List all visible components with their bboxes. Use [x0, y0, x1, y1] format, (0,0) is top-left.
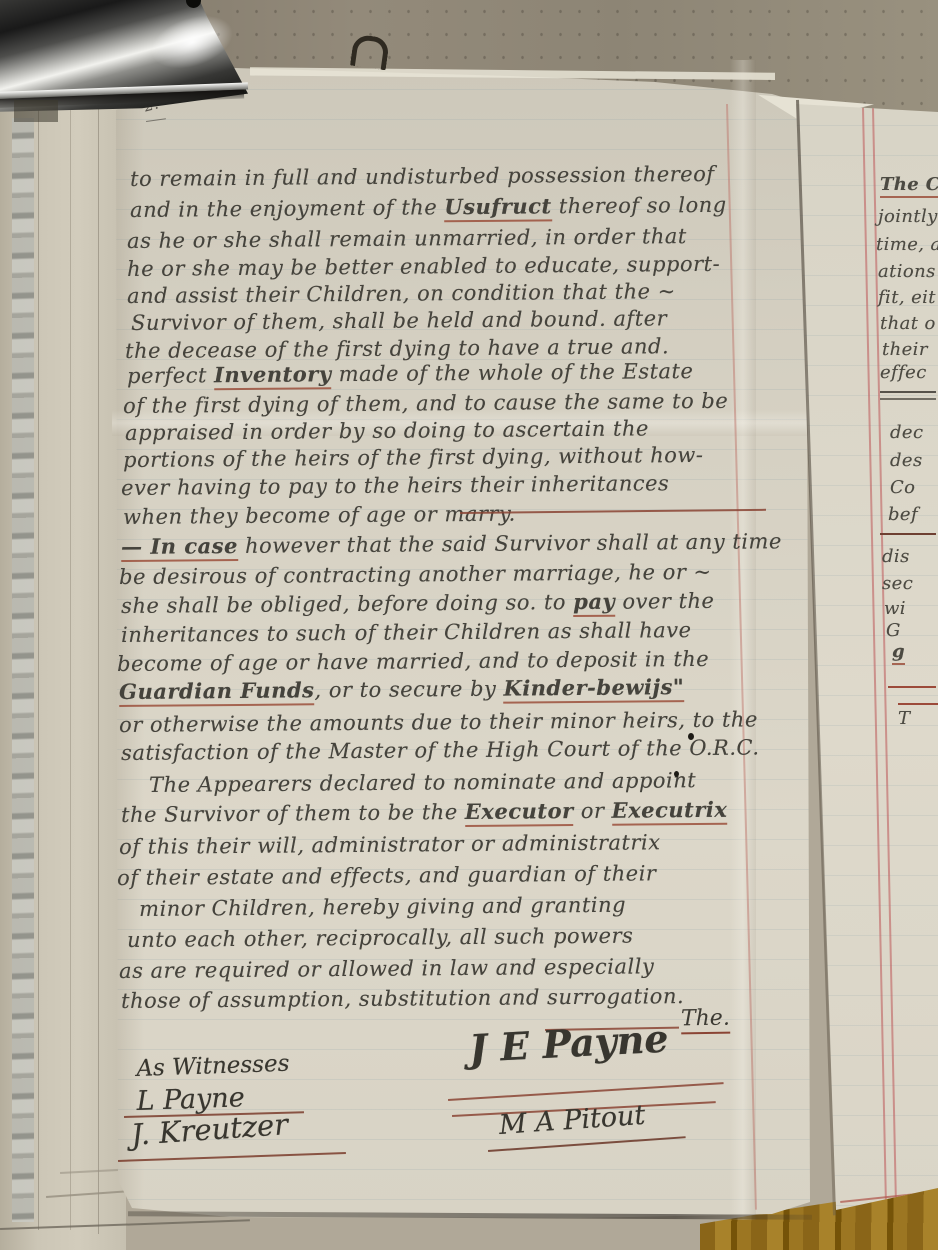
emphasized-word: g	[892, 641, 905, 665]
emphasized-word: Executrix	[612, 797, 728, 826]
manuscript-word: ever having to pay to the heirs their in…	[121, 471, 669, 500]
manuscript-word: ations	[878, 261, 936, 282]
manuscript-word: that o	[880, 313, 936, 334]
manuscript-word: or	[573, 799, 611, 823]
facing-page-rule	[880, 398, 936, 400]
closing-catchword: The.	[681, 1006, 730, 1035]
facing-page-fragment-2: jointly	[878, 206, 938, 227]
witness-heading: As Witnesses	[136, 1051, 290, 1082]
manuscript-word: Co	[890, 477, 915, 498]
manuscript-word: those of assumption, substitution and su…	[121, 984, 684, 1013]
manuscript-word: G	[886, 620, 901, 641]
manuscript-line-11: portions of the heirs of the first dying…	[123, 442, 704, 473]
manuscript-word: or otherwise the amounts due to their mi…	[119, 707, 758, 737]
manuscript-word: of this their will, administrator or adm…	[119, 830, 661, 859]
manuscript-line-6: Survivor of them, shall be held and boun…	[131, 305, 667, 336]
manuscript-line-10: appraised in order by so doing to ascert…	[125, 415, 649, 446]
facing-page-fragment-16: G	[886, 620, 901, 641]
facing-page-fragment-4: ations	[878, 261, 936, 282]
facing-page-red-rule	[888, 686, 936, 688]
manuscript-word: des	[890, 450, 923, 471]
ink-blot	[674, 771, 679, 777]
manuscript-word: appraised in order by so doing to ascert…	[125, 416, 649, 445]
manuscript-line-2: and in the enjoyment of the Usufruct the…	[130, 192, 727, 223]
facing-page-red-overline	[898, 703, 938, 705]
facing-page-fragment-5: fit, eit	[878, 287, 936, 308]
manuscript-word: bef	[888, 504, 918, 525]
manuscript-line-25: of their estate and effects, and guardia…	[117, 860, 657, 891]
manuscript-line-19: Guardian Funds, or to secure by Kinder-b…	[119, 674, 684, 705]
manuscript-line-13: when they become of age or marry.	[123, 501, 516, 530]
manuscript-word: portions of the heirs of the first dying…	[123, 443, 703, 472]
facing-page-fragment-11: Co	[890, 477, 915, 498]
facing-page-fragment-8: effec	[880, 362, 927, 383]
manuscript-line-1: to remain in full and undisturbed posses…	[130, 161, 715, 192]
manuscript-word: she shall be obliged, before doing so. t…	[121, 590, 573, 618]
facing-page-fragment-18: T	[898, 708, 910, 729]
emphasized-word: Inventory	[214, 361, 332, 390]
manuscript-word: be desirous of contracting another marri…	[119, 560, 712, 589]
manuscript-line-22: The Appearers declared to nominate and a…	[149, 767, 696, 798]
manuscript-word: fit, eit	[878, 287, 936, 308]
emphasized-word: Kinder-bewijs"	[503, 674, 684, 704]
facing-page-fragment-1: The C	[880, 174, 938, 195]
emphasized-word: — In case	[121, 533, 238, 562]
facing-page-fragment-3: time, a	[876, 234, 938, 255]
manuscript-word: become of age or have married, and to de…	[117, 647, 709, 676]
facing-page-fragment-7: their	[882, 339, 928, 360]
manuscript-word: as he or she shall remain unmarried, in …	[127, 224, 687, 253]
manuscript-line-4: he or she may be better enabled to educa…	[127, 251, 720, 282]
manuscript-line-12: ever having to pay to the heirs their in…	[121, 470, 669, 501]
manuscript-line-24: of this their will, administrator or adm…	[119, 829, 661, 860]
manuscript-word: he or she may be better enabled to educa…	[127, 252, 720, 281]
facing-page-fragment-14: sec	[882, 573, 913, 594]
manuscript-word: wi	[884, 598, 906, 619]
facing-page-fragment-15: wi	[884, 598, 906, 619]
manuscript-line-20: or otherwise the amounts due to their mi…	[119, 706, 758, 738]
manuscript-word: time, a	[876, 234, 938, 255]
emphasized-word: Executor	[465, 798, 574, 827]
emphasized-word: Guardian Funds	[119, 677, 315, 707]
manuscript-line-27: unto each other, reciprocally, all such …	[127, 923, 633, 953]
photographed-will-manuscript: 2. to remain in full and undisturbed pos…	[0, 0, 938, 1250]
manuscript-word: minor Children, hereby giving and granti…	[139, 893, 626, 921]
manuscript-word: their	[882, 339, 928, 360]
facing-page-rule	[880, 533, 936, 535]
ink-blot	[688, 733, 694, 740]
manuscript-word: however that the said Survivor shall at …	[238, 529, 782, 558]
manuscript-line-21: satisfaction of the Master of the High C…	[121, 734, 760, 766]
manuscript-line-15: be desirous of contracting another marri…	[119, 559, 712, 590]
emphasized-word: Usufruct	[444, 193, 552, 222]
emphasized-word: The C	[880, 174, 938, 198]
manuscript-word: sec	[882, 573, 913, 594]
manuscript-line-18: become of age or have married, and to de…	[117, 646, 709, 677]
manuscript-word: dis	[882, 546, 910, 567]
manuscript-word: the Survivor of them to be the	[121, 800, 465, 827]
manuscript-word: of the first dying of them, and to cause…	[123, 389, 728, 418]
manuscript-word: , or to secure by	[314, 677, 503, 703]
manuscript-word: unto each other, reciprocally, all such …	[127, 924, 633, 952]
facing-page-fragment-9: dec	[890, 422, 923, 443]
manuscript-line-29: those of assumption, substitution and su…	[121, 983, 684, 1014]
manuscript-line-28: as are required or allowed in law and es…	[119, 953, 654, 984]
manuscript-line-23: the Survivor of them to be the Executor …	[121, 797, 727, 828]
facing-page-fragment-10: des	[890, 450, 923, 471]
manuscript-word: T	[898, 708, 910, 729]
facing-page-fragment-13: dis	[882, 546, 910, 567]
manuscript-word: dec	[890, 422, 923, 443]
facing-page-fragment-12: bef	[888, 504, 918, 525]
manuscript-word: perfect	[127, 363, 214, 388]
manuscript-word: satisfaction of the Master of the High C…	[121, 735, 760, 765]
manuscript-line-9: of the first dying of them, and to cause…	[123, 388, 728, 419]
facing-page-fragment-6: that o	[880, 313, 936, 334]
manuscript-word: over the	[615, 589, 714, 614]
manuscript-line-5: and assist their Children, on condition …	[127, 278, 676, 309]
manuscript-line-8: perfect Inventory made of the whole of t…	[127, 358, 693, 389]
manuscript-line-17: inheritances to such of their Children a…	[121, 617, 692, 648]
manuscript-word: inheritances to such of their Children a…	[121, 618, 692, 647]
facing-page-fragment-17: g	[892, 641, 905, 662]
emphasized-word: pay	[573, 589, 615, 617]
manuscript-word: when they become of age or marry.	[123, 502, 516, 529]
manuscript-word: as are required or allowed in law and es…	[119, 954, 654, 983]
facing-page-rule	[880, 391, 936, 393]
manuscript-word: of their estate and effects, and guardia…	[117, 861, 657, 890]
manuscript-word: effec	[880, 362, 927, 383]
manuscript-word: and assist their Children, on condition …	[127, 279, 676, 308]
manuscript-word: thereof so long	[552, 193, 727, 219]
manuscript-line-14: — In case however that the said Survivor…	[121, 528, 782, 560]
manuscript-word: made of the whole of the Estate	[331, 359, 693, 386]
manuscript-word: The Appearers declared to nominate and a…	[149, 768, 696, 797]
manuscript-word: to remain in full and undisturbed posses…	[130, 162, 715, 191]
manuscript-word: jointly	[878, 206, 938, 227]
manuscript-line-16: she shall be obliged, before doing so. t…	[121, 588, 715, 619]
clip-under-shadow	[14, 100, 58, 122]
manuscript-line-26: minor Children, hereby giving and granti…	[139, 892, 626, 922]
manuscript-word: Survivor of them, shall be held and boun…	[131, 306, 667, 335]
manuscript-word: and in the enjoyment of the	[130, 195, 444, 222]
manuscript-line-3: as he or she shall remain unmarried, in …	[127, 223, 687, 254]
